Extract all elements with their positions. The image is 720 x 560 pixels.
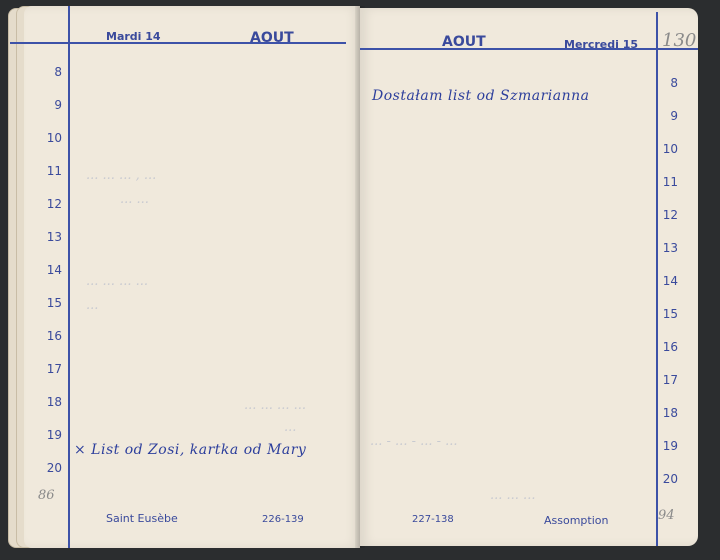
pencil-bottom-number: 94 bbox=[658, 508, 675, 523]
hour-label: 9 bbox=[32, 98, 62, 112]
hour-label: 19 bbox=[32, 428, 62, 442]
hour-label: 15 bbox=[648, 307, 678, 321]
hour-label: 20 bbox=[648, 472, 678, 486]
hour-label: 9 bbox=[648, 109, 678, 123]
bleed-through-text: ... ... ... ... bbox=[86, 274, 148, 289]
bleed-through-text: ... ... bbox=[120, 192, 149, 207]
hour-label: 14 bbox=[648, 274, 678, 288]
header-line bbox=[10, 42, 346, 44]
bleed-through-text: ... ... ... bbox=[490, 488, 535, 503]
bleed-through-text: ... - ... - ... - ... bbox=[370, 434, 458, 449]
day-count: 227-138 bbox=[412, 514, 454, 525]
hour-label: 8 bbox=[648, 76, 678, 90]
pencil-page-number: 86 bbox=[38, 488, 55, 503]
hour-label: 11 bbox=[648, 175, 678, 189]
left-page: Mardi 14 AOUT 8 9 10 11 12 13 14 15 16 1… bbox=[24, 6, 360, 548]
hour-label: 18 bbox=[648, 406, 678, 420]
day-label: Mardi 14 bbox=[106, 30, 161, 43]
bleed-through-text: ... bbox=[284, 420, 296, 435]
hour-label: 19 bbox=[648, 439, 678, 453]
hour-label: 15 bbox=[32, 296, 62, 310]
header-line bbox=[360, 48, 698, 50]
handwritten-entry: Dostałam list od Szmarianna bbox=[372, 88, 589, 104]
hour-label: 13 bbox=[648, 241, 678, 255]
margin-line bbox=[68, 6, 70, 548]
bleed-through-text: ... ... ... ... bbox=[244, 398, 306, 413]
hour-label: 20 bbox=[32, 461, 62, 475]
hour-label: 10 bbox=[32, 131, 62, 145]
hour-label: 18 bbox=[32, 395, 62, 409]
hour-label: 12 bbox=[648, 208, 678, 222]
hour-label: 16 bbox=[32, 329, 62, 343]
hour-label: 12 bbox=[32, 197, 62, 211]
hour-label: 17 bbox=[32, 362, 62, 376]
day-label: Mercredi 15 bbox=[564, 38, 638, 51]
hour-label: 8 bbox=[32, 65, 62, 79]
hour-label: 16 bbox=[648, 340, 678, 354]
pencil-page-number: 130 bbox=[662, 30, 696, 51]
hour-label: 11 bbox=[32, 164, 62, 178]
month-label: AOUT bbox=[442, 34, 486, 50]
hour-label: 17 bbox=[648, 373, 678, 387]
day-count: 226-139 bbox=[262, 514, 304, 525]
bleed-through-text: ... bbox=[86, 298, 98, 313]
hour-label: 14 bbox=[32, 263, 62, 277]
month-label: AOUT bbox=[250, 30, 294, 46]
saint-name: Assomption bbox=[544, 514, 609, 527]
hour-label: 10 bbox=[648, 142, 678, 156]
bleed-through-text: ... ... ... , ... bbox=[86, 168, 156, 183]
handwritten-entry: × List od Zosi, kartka od Mary bbox=[74, 442, 306, 458]
right-page: AOUT Mercredi 15 130 8 9 10 11 12 13 14 … bbox=[360, 8, 698, 546]
saint-name: Saint Eusèbe bbox=[106, 512, 178, 525]
hour-label: 13 bbox=[32, 230, 62, 244]
